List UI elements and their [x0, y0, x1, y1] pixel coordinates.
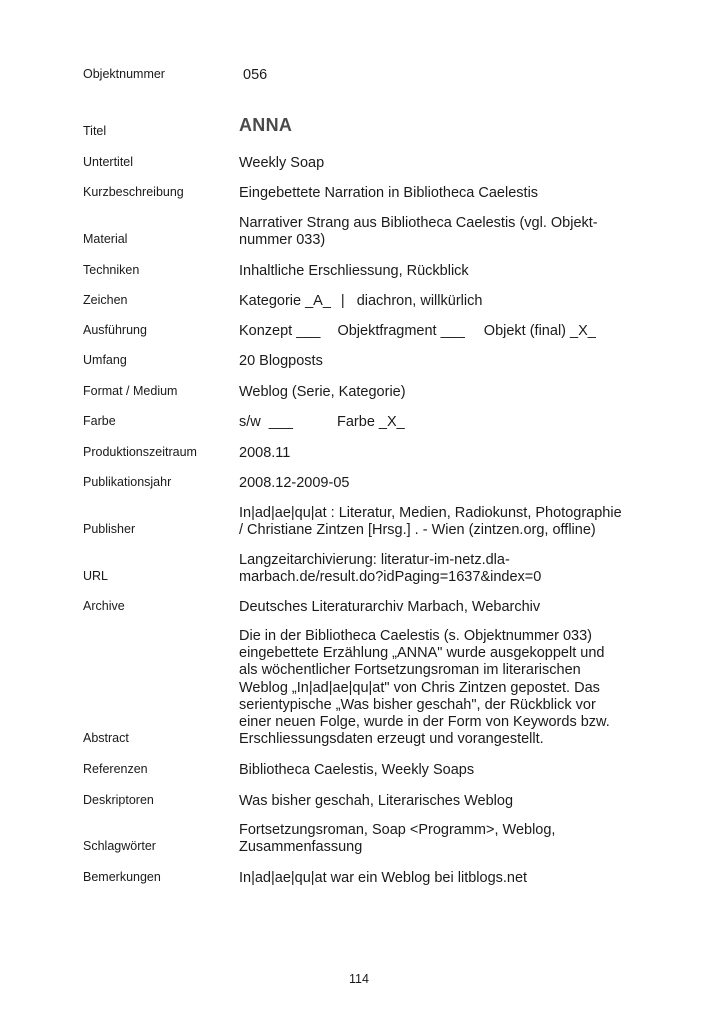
- ausfuehrung-objektfragment: Objektfragment ___: [337, 323, 464, 339]
- label-schlagwoerter: Schlagwörter: [83, 839, 156, 854]
- value-abstract: Die in der Bibliotheca Caelestis (s. Obj…: [239, 628, 659, 748]
- value-publisher-line: In|ad|ae|qu|at : Literatur, Medien, Radi…: [239, 505, 659, 522]
- value-titel: ANNA: [239, 117, 649, 134]
- abstract-line: einer neuen Folge, wurde in der Form von…: [239, 714, 659, 731]
- value-kurzbeschreibung: Eingebettete Narration in Bibliotheca Ca…: [239, 185, 649, 202]
- value-umfang: 20 Blogposts: [239, 353, 649, 370]
- value-publisher: In|ad|ae|qu|at : Literatur, Medien, Radi…: [239, 505, 659, 539]
- label-bemerkungen: Bemerkungen: [83, 870, 161, 885]
- value-farbe: s/w ___Farbe _X_: [239, 414, 649, 431]
- page-number: 114: [0, 972, 718, 986]
- label-format-medium: Format / Medium: [83, 384, 177, 399]
- value-objektnummer: 056: [243, 67, 653, 84]
- label-kurzbeschreibung: Kurzbeschreibung: [83, 185, 184, 200]
- label-deskriptoren: Deskriptoren: [83, 793, 154, 808]
- value-material: Narrativer Strang aus Bibliotheca Caeles…: [239, 215, 649, 249]
- value-referenzen: Bibliotheca Caelestis, Weekly Soaps: [239, 762, 649, 779]
- value-material-line: nummer 033): [239, 232, 649, 249]
- label-url: URL: [83, 569, 108, 584]
- schlagwoerter-line: Fortsetzungsroman, Soap <Programm>, Webl…: [239, 822, 649, 839]
- label-objektnummer: Objektnummer: [83, 67, 165, 82]
- value-deskriptoren: Was bisher geschah, Literarisches Weblog: [239, 793, 649, 810]
- value-format-medium: Weblog (Serie, Kategorie): [239, 384, 649, 401]
- zeichen-kategorie: Kategorie _A_: [239, 293, 331, 309]
- value-zeichen: Kategorie _A_|diachron, willkürlich: [239, 293, 649, 310]
- abstract-line: serientypische „Was bisher geschah", der…: [239, 697, 659, 714]
- value-url: Langzeitarchivierung: literatur-im-netz.…: [239, 552, 649, 586]
- ausfuehrung-konzept: Konzept ___: [239, 323, 320, 339]
- label-material: Material: [83, 232, 127, 247]
- abstract-line: Weblog „In|ad|ae|qu|at" von Chris Zintze…: [239, 680, 659, 697]
- value-archive: Deutsches Literaturarchiv Marbach, Webar…: [239, 599, 649, 616]
- ausfuehrung-objekt-final: Objekt (final) _X_: [484, 323, 596, 339]
- value-produktionszeitraum: 2008.11: [239, 445, 649, 462]
- abstract-line: Die in der Bibliotheca Caelestis (s. Obj…: [239, 628, 659, 645]
- value-url-line: Langzeitarchivierung: literatur-im-netz.…: [239, 552, 649, 569]
- label-zeichen: Zeichen: [83, 293, 127, 308]
- abstract-line: eingebettete Erzählung „ANNA" wurde ausg…: [239, 645, 659, 662]
- label-ausfuehrung: Ausführung: [83, 323, 147, 338]
- farbe-farbe: Farbe _X_: [337, 414, 405, 430]
- value-bemerkungen: In|ad|ae|qu|at war ein Weblog bei litblo…: [239, 870, 649, 887]
- zeichen-typ: diachron, willkürlich: [357, 293, 483, 309]
- label-archive: Archive: [83, 599, 125, 614]
- value-techniken: Inhaltliche Erschliessung, Rückblick: [239, 263, 649, 280]
- label-umfang: Umfang: [83, 353, 127, 368]
- label-publikationsjahr: Publikationsjahr: [83, 475, 171, 490]
- abstract-line: Erschliessungsdaten erzeugt und voranges…: [239, 731, 659, 748]
- value-material-line: Narrativer Strang aus Bibliotheca Caeles…: [239, 215, 649, 232]
- label-farbe: Farbe: [83, 414, 116, 429]
- label-referenzen: Referenzen: [83, 762, 148, 777]
- label-titel: Titel: [83, 124, 106, 139]
- value-ausfuehrung: Konzept ___Objektfragment ___Objekt (fin…: [239, 323, 679, 340]
- value-schlagwoerter: Fortsetzungsroman, Soap <Programm>, Webl…: [239, 822, 649, 856]
- value-publisher-line: / Christiane Zintzen [Hrsg.] . - Wien (z…: [239, 522, 659, 539]
- schlagwoerter-line: Zusammenfassung: [239, 839, 649, 856]
- abstract-line: als wöchentlicher Fortsetzungsroman im l…: [239, 662, 659, 679]
- value-url-line: marbach.de/result.do?idPaging=1637&index…: [239, 569, 649, 586]
- label-abstract: Abstract: [83, 731, 129, 746]
- label-untertitel: Untertitel: [83, 155, 133, 170]
- label-produktionszeitraum: Produktionszeitraum: [83, 445, 197, 460]
- label-techniken: Techniken: [83, 263, 139, 278]
- value-untertitel: Weekly Soap: [239, 155, 649, 172]
- zeichen-separator: |: [341, 293, 345, 309]
- farbe-sw: s/w ___: [239, 414, 293, 430]
- value-publikationsjahr: 2008.12-2009-05: [239, 475, 649, 492]
- catalog-page: Objektnummer 056 Titel ANNA Untertitel W…: [0, 0, 718, 1024]
- label-publisher: Publisher: [83, 522, 135, 537]
